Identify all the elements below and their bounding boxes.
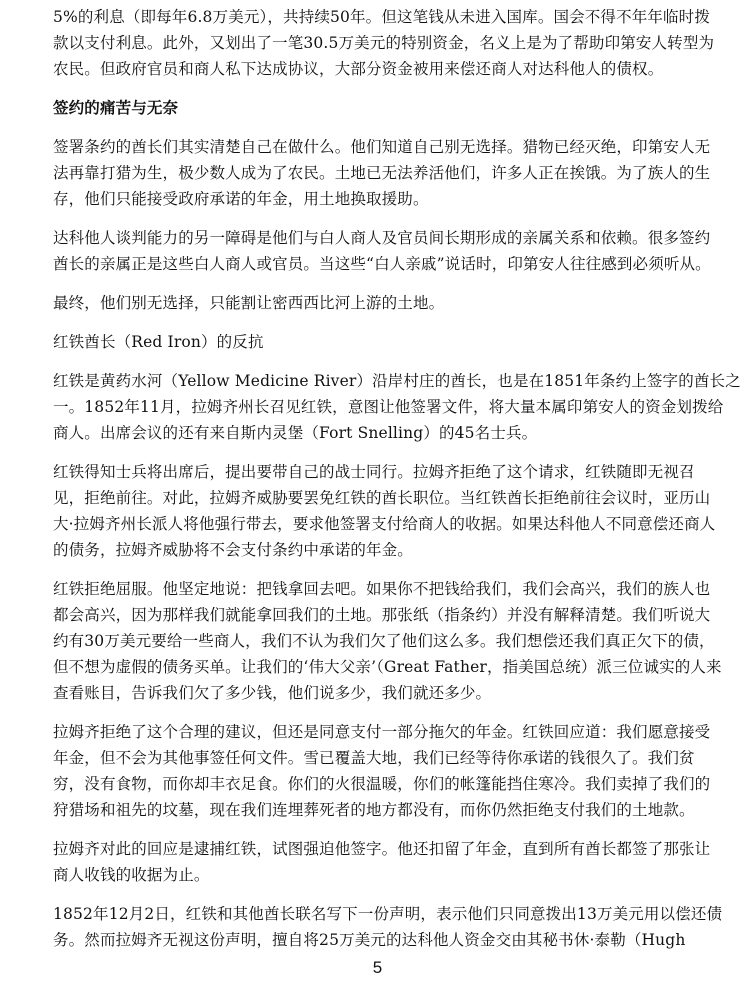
text-line: 1852年12月2日，红铁和其他酋长联名写下一份声明，表示他们只同意拨出13万美… [53, 901, 703, 927]
paragraph-red-iron-refusal: 红铁得知士兵将出席后，提出要带自己的战士同行。拉姆齐拒绝了这个请求，红铁随即无视… [53, 459, 703, 563]
section-heading: 签约的痛苦与无奈 [53, 95, 703, 121]
text-line: 红铁得知士兵将出席后，提出要带自己的战士同行。拉姆齐拒绝了这个请求，红铁随即无视… [53, 459, 703, 485]
text-line: 农民。但政府官员和商人私下达成协议，大部分资金被用来偿还商人对达科他人的债权。 [53, 56, 703, 82]
text-line: 大·拉姆齐州长派人将他强行带去，要求他签署支付给商人的收据。如果达科他人不同意偿… [53, 511, 703, 537]
paragraph-chiefs-no-choice: 签署条约的酋长们其实清楚自己在做什么。他们知道自己别无选择。猎物已经灭绝，印第安… [53, 134, 703, 212]
text-line: 穷，没有食物，而你却丰衣足食。你们的火很温暖，你们的帐篷能挡住寒冷。我们卖掉了我… [53, 771, 703, 797]
text-line: 拉姆齐拒绝了这个合理的建议，但还是同意支付一部分拖欠的年金。红铁回应道：我们愿意… [53, 719, 703, 745]
subheading-text: 红铁酋长（Red Iron）的反抗 [53, 329, 703, 355]
text-line: 达科他人谈判能力的另一障碍是他们与白人商人及官员间长期形成的亲属关系和依赖。很多… [53, 225, 703, 251]
subsection-heading: 红铁酋长（Red Iron）的反抗 [53, 329, 703, 355]
text-line: 但不想为虚假的债务买单。让我们的‘伟大父亲’（Great Father，指美国总… [53, 654, 703, 680]
paragraph-ramsey-response: 拉姆齐拒绝了这个合理的建议，但还是同意支付一部分拖欠的年金。红铁回应道：我们愿意… [53, 719, 703, 823]
text-line: 一。1852年11月，拉姆齐州长召见红铁，意图让他签署文件，将大量本属印第安人的… [53, 394, 703, 420]
text-line: 商人收钱的收据为止。 [53, 862, 703, 888]
paragraph-declaration: 1852年12月2日，红铁和其他酋长联名写下一份声明，表示他们只同意拨出13万美… [53, 901, 703, 953]
paragraph-interest-funds: 5%的利息（即每年6.8万美元），共持续50年。但这笔钱从未进入国库。国会不得不… [53, 4, 703, 82]
text-line: 5%的利息（即每年6.8万美元），共持续50年。但这笔钱从未进入国库。国会不得不… [53, 4, 703, 30]
text-line: 见，拒绝前往。对此，拉姆齐威胁要罢免红铁的酋长职位。当红铁酋长拒绝前往会议时，亚… [53, 485, 703, 511]
text-line: 法再靠打猎为生，极少数人成为了农民。土地已无法养活他们，许多人正在挨饿。为了族人… [53, 160, 703, 186]
text-line: 的债务，拉姆齐威胁将不会支付条约中承诺的年金。 [53, 537, 703, 563]
text-line: 最终，他们别无选择，只能割让密西西比河上游的土地。 [53, 290, 703, 316]
page-number: 5 [0, 958, 755, 978]
text-line: 款以支付利息。此外，又划出了一笔30.5万美元的特别资金，名义上是为了帮助印第安… [53, 30, 703, 56]
text-line: 签署条约的酋长们其实清楚自己在做什么。他们知道自己别无选择。猎物已经灭绝，印第安… [53, 134, 703, 160]
text-line: 红铁拒绝屈服。他坚定地说：把钱拿回去吧。如果你不把钱给我们，我们会高兴，我们的族… [53, 576, 703, 602]
text-line: 红铁是黄药水河（Yellow Medicine River）沿岸村庄的酋长，也是… [53, 368, 703, 394]
paragraph-red-iron-intro: 红铁是黄药水河（Yellow Medicine River）沿岸村庄的酋长，也是… [53, 368, 703, 446]
text-line: 都会高兴，因为那样我们就能拿回我们的土地。那张纸（指条约）并没有解释清楚。我们听… [53, 602, 703, 628]
text-line: 务。然而拉姆齐无视这份声明，擅自将25万美元的达科他人资金交由其秘书休·泰勒（H… [53, 927, 703, 953]
text-line: 年金，但不会为其他事签任何文件。雪已覆盖大地，我们已经等待你承诺的钱很久了。我们… [53, 745, 703, 771]
paragraph-ceded-land: 最终，他们别无选择，只能割让密西西比河上游的土地。 [53, 290, 703, 316]
text-line: 拉姆齐对此的回应是逮捕红铁，试图强迫他签字。他还扣留了年金，直到所有酋长都签了那… [53, 836, 703, 862]
text-line: 狩猎场和祖先的坟墓，现在我们连埋葬死者的地方都没有，而你仍然拒绝支付我们的土地款… [53, 797, 703, 823]
paragraph-arrest: 拉姆齐对此的回应是逮捕红铁，试图强迫他签字。他还扣留了年金，直到所有酋长都签了那… [53, 836, 703, 888]
text-line: 酋长的亲属正是这些白人商人或官员。当这些“白人亲戚”说话时，印第安人往往感到必须… [53, 251, 703, 277]
document-page: 5%的利息（即每年6.8万美元），共持续50年。但这笔钱从未进入国库。国会不得不… [53, 4, 703, 966]
paragraph-kinship-ties: 达科他人谈判能力的另一障碍是他们与白人商人及官员间长期形成的亲属关系和依赖。很多… [53, 225, 703, 277]
text-line: 商人。出席会议的还有来自斯内灵堡（Fort Snelling）的45名士兵。 [53, 420, 703, 446]
heading-text: 签约的痛苦与无奈 [53, 95, 703, 121]
text-line: 查看账目，告诉我们欠了多少钱，他们说多少，我们就还多少。 [53, 680, 703, 706]
paragraph-red-iron-speech: 红铁拒绝屈服。他坚定地说：把钱拿回去吧。如果你不把钱给我们，我们会高兴，我们的族… [53, 576, 703, 706]
text-line: 约有30万美元要给一些商人，我们不认为我们欠了他们这么多。我们想偿还我们真正欠下… [53, 628, 703, 654]
text-line: 存，他们只能接受政府承诺的年金，用土地换取援助。 [53, 186, 703, 212]
